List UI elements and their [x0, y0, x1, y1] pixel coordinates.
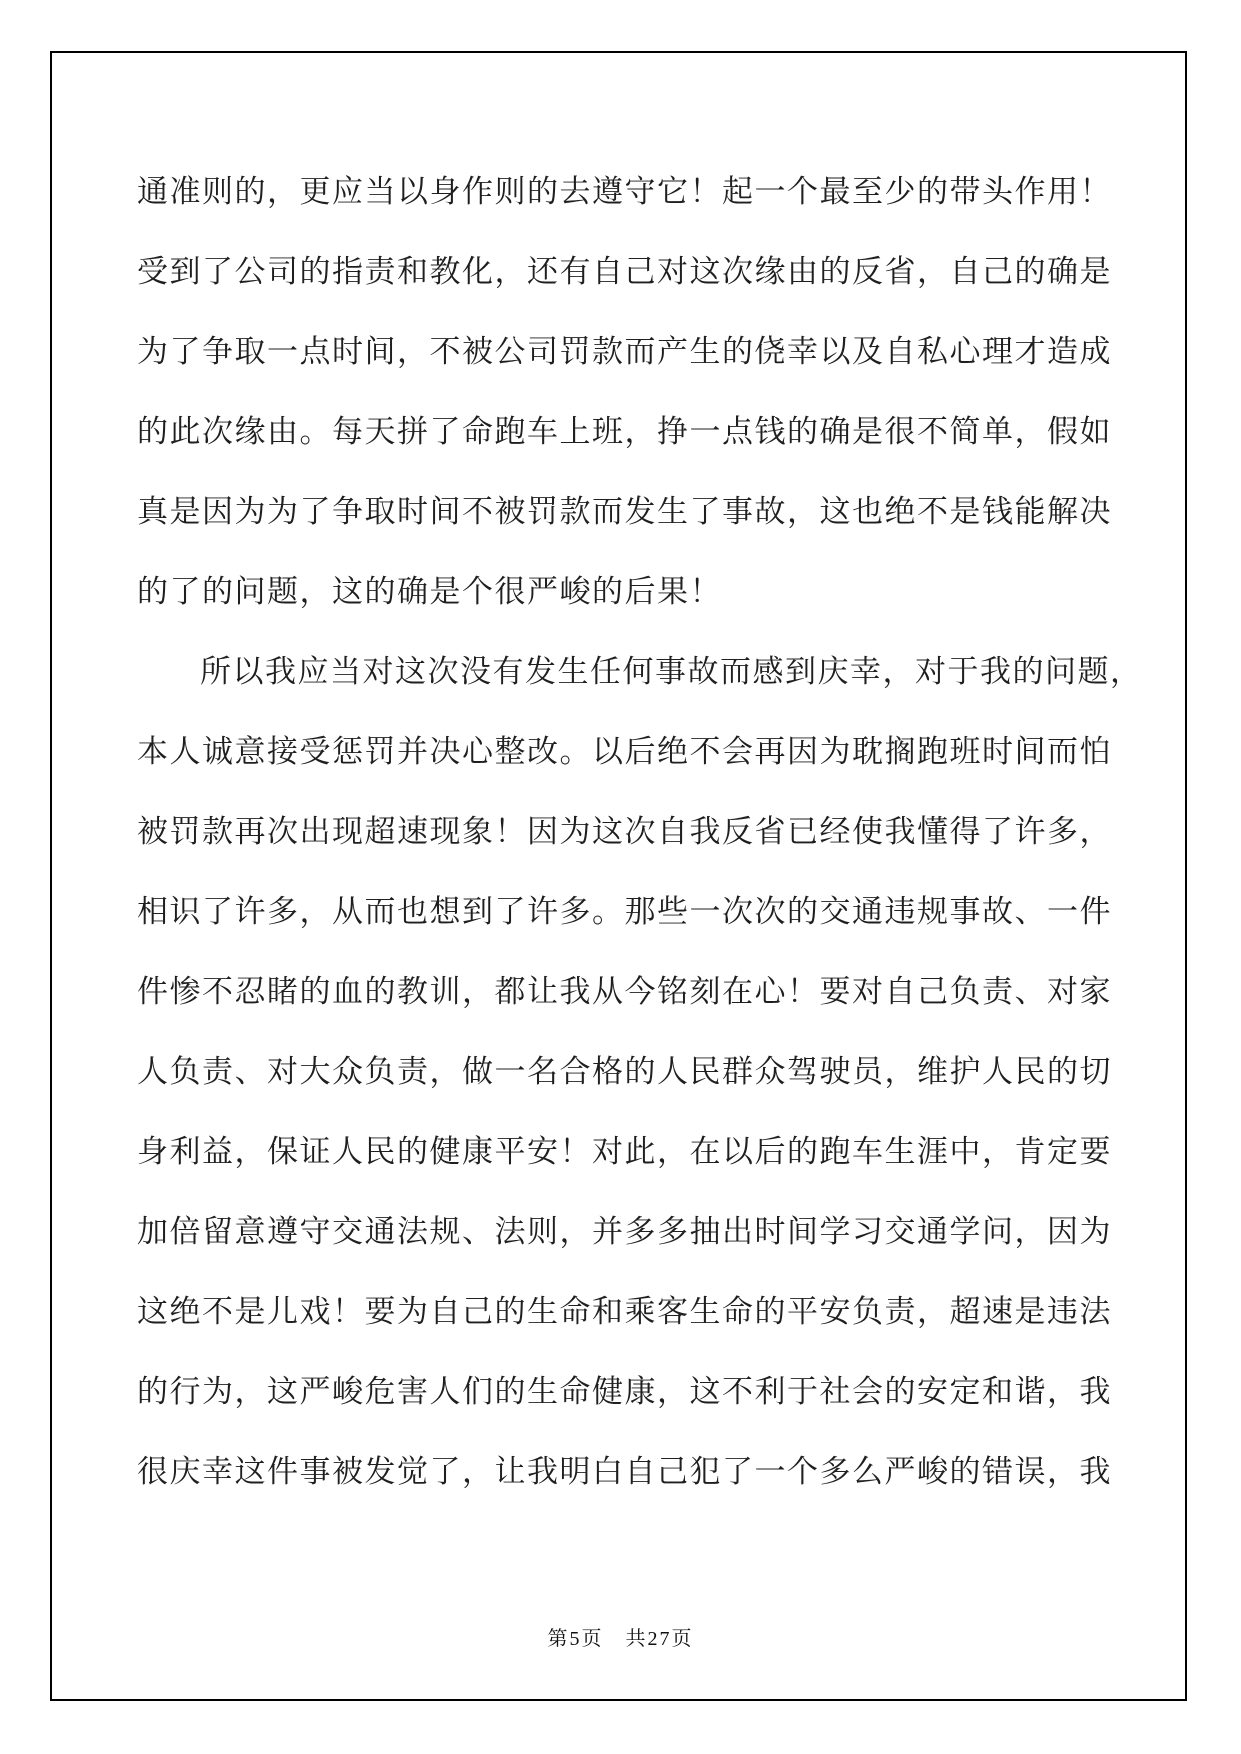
- text-line: 人负责、对大众负责，做一名合格的人民群众驾驶员，维护人民的切: [137, 1032, 1089, 1112]
- text-line: 件惨不忍睹的血的教训，都让我从今铭刻在心！要对自己负责、对家: [137, 952, 1089, 1032]
- text-line: 本人诚意接受惩罚并决心整改。以后绝不会再因为耽搁跑班时间而怕: [137, 712, 1089, 792]
- text-line: 身利益，保证人民的健康平安！对此，在以后的跑车生涯中，肯定要: [137, 1112, 1089, 1192]
- text-line: 加倍留意遵守交通法规、法则，并多多抽出时间学习交通学问，因为: [137, 1192, 1089, 1272]
- document-body: 通准则的，更应当以身作则的去遵守它！起一个最至少的带头作用！ 受到了公司的指责和…: [137, 152, 1089, 1512]
- text-line: 所以我应当对这次没有发生任何事故而感到庆幸，对于我的问题，: [137, 632, 1089, 712]
- text-line: 的此次缘由。每天拼了命跑车上班，挣一点钱的确是很不简单，假如: [137, 392, 1089, 472]
- text-line: 这绝不是儿戏！要为自己的生命和乘客生命的平安负责，超速是违法: [137, 1272, 1089, 1352]
- text-line: 相识了许多，从而也想到了许多。那些一次次的交通违规事故、一件: [137, 872, 1089, 952]
- text-line: 的了的问题，这的确是个很严峻的后果！: [137, 552, 1089, 632]
- text-line: 通准则的，更应当以身作则的去遵守它！起一个最至少的带头作用！: [137, 152, 1089, 232]
- text-line: 真是因为为了争取时间不被罚款而发生了事故，这也绝不是钱能解决: [137, 472, 1089, 552]
- text-line: 被罚款再次出现超速现象！因为这次自我反省已经使我懂得了许多，: [137, 792, 1089, 872]
- text-line: 的行为，这严峻危害人们的生命健康，这不利于社会的安定和谐，我: [137, 1352, 1089, 1432]
- page-number-footer: 第5页 共27页: [0, 1622, 1241, 1651]
- text-line: 受到了公司的指责和教化，还有自己对这次缘由的反省，自己的确是: [137, 232, 1089, 312]
- text-line: 为了争取一点时间，不被公司罚款而产生的侥幸以及自私心理才造成: [137, 312, 1089, 392]
- text-line: 很庆幸这件事被发觉了，让我明白自己犯了一个多么严峻的错误，我: [137, 1432, 1089, 1512]
